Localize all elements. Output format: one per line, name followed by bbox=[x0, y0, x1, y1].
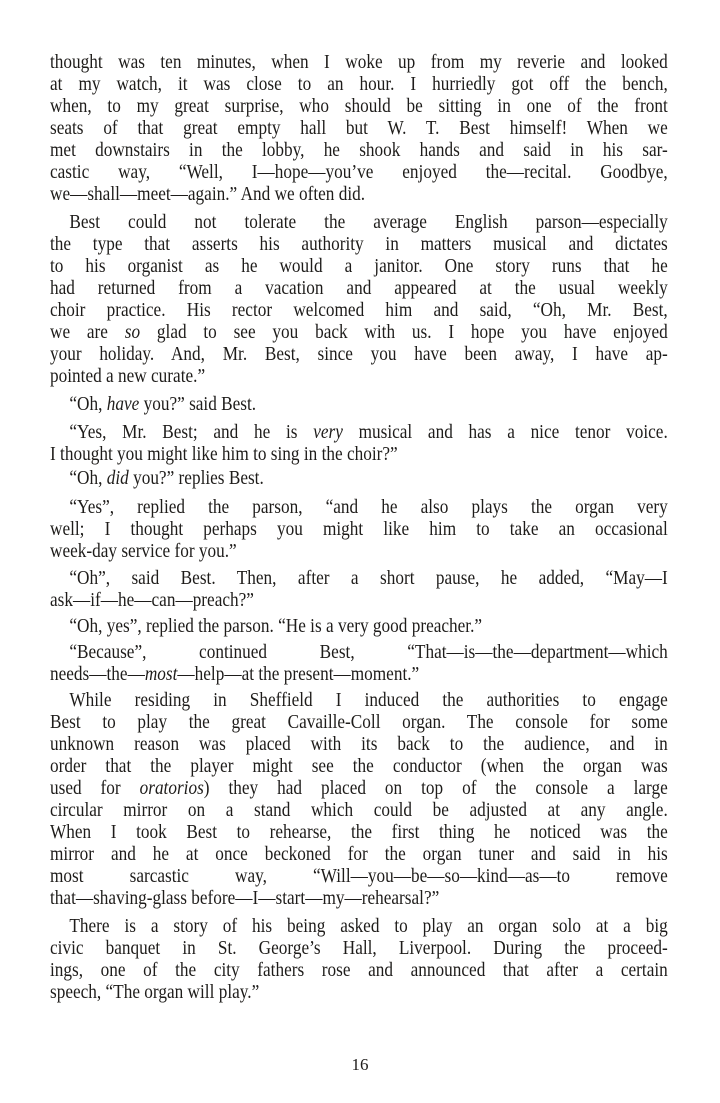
text-line: circular mirror on a stand which could b… bbox=[50, 800, 668, 822]
text-line: “Oh, yes”, replied the parson. “He is a … bbox=[50, 616, 668, 638]
text-line: your holiday. And, Mr. Best, since you h… bbox=[50, 344, 668, 366]
text-line: pointed a new curate.” bbox=[50, 366, 668, 388]
text-line: “Oh, did you?” replies Best. bbox=[50, 468, 668, 490]
text-line: speech, “The organ will play.” bbox=[50, 982, 668, 1004]
text-line: unknown reason was placed with its back … bbox=[50, 734, 668, 756]
emphasis: most bbox=[145, 664, 178, 685]
emphasis: very bbox=[313, 422, 343, 443]
emphasis: did bbox=[107, 468, 129, 489]
text-line: seats of that great empty hall but W. T.… bbox=[50, 118, 668, 140]
text-line: “Yes, Mr. Best; and he is very musical a… bbox=[50, 422, 668, 444]
text-line: Best to play the great Cavaille-Coll org… bbox=[50, 712, 668, 734]
text-line: well; I thought perhaps you might like h… bbox=[50, 519, 668, 541]
text-line: we are so glad to see you back with us. … bbox=[50, 322, 668, 344]
text-line: There is a story of his being asked to p… bbox=[50, 916, 668, 938]
text-line: thought was ten minutes, when I woke up … bbox=[50, 52, 668, 74]
text-line: I thought you might like him to sing in … bbox=[50, 444, 668, 466]
text-line: “Oh, have you?” said Best. bbox=[50, 394, 668, 416]
text-line: choir practice. His rector welcomed him … bbox=[50, 300, 668, 322]
text-line: met downstairs in the lobby, he shook ha… bbox=[50, 140, 668, 162]
text-line: used for oratorios) they had placed on t… bbox=[50, 778, 668, 800]
text-line: to his organist as he would a janitor. O… bbox=[50, 256, 668, 278]
text-line: civic banquet in St. George’s Hall, Live… bbox=[50, 938, 668, 960]
text-line: we—shall—meet—again.” And we often did. bbox=[50, 184, 668, 206]
text-line: mirror and he at once beckoned for the o… bbox=[50, 844, 668, 866]
text-line: While residing in Sheffield I induced th… bbox=[50, 690, 668, 712]
text-line: when, to my great surprise, who should b… bbox=[50, 96, 668, 118]
text-line: ask—if—he—can—preach?” bbox=[50, 590, 668, 612]
text-line: Best could not tolerate the average Engl… bbox=[50, 212, 668, 234]
text-line: “Yes”, replied the parson, “and he also … bbox=[50, 497, 668, 519]
text-line: When I took Best to rehearse, the first … bbox=[50, 822, 668, 844]
text-line: needs—the—most—help—at the present—momen… bbox=[50, 664, 668, 686]
text-line: castic way, “Well, I—hope—you’ve enjoyed… bbox=[50, 162, 668, 184]
emphasis: oratorios bbox=[140, 778, 204, 799]
text-line: ings, one of the city fathers rose and a… bbox=[50, 960, 668, 982]
text-line: at my watch, it was close to an hour. I … bbox=[50, 74, 668, 96]
text-line: most sarcastic way, “Will—you—be—so—kind… bbox=[50, 866, 668, 888]
emphasis: so bbox=[125, 322, 140, 343]
text-line: that—shaving-glass before—I—start—my—reh… bbox=[50, 888, 668, 910]
text-line: order that the player might see the cond… bbox=[50, 756, 668, 778]
text-line: the type that asserts his authority in m… bbox=[50, 234, 668, 256]
text-line: week-day service for you.” bbox=[50, 541, 668, 563]
text-line: “Because”, continued Best, “That—is—the—… bbox=[50, 642, 668, 664]
emphasis: have bbox=[107, 394, 140, 415]
text-line: had returned from a vacation and appeare… bbox=[50, 278, 668, 300]
text-line: “Oh”, said Best. Then, after a short pau… bbox=[50, 568, 668, 590]
page-number: 16 bbox=[0, 1055, 720, 1075]
